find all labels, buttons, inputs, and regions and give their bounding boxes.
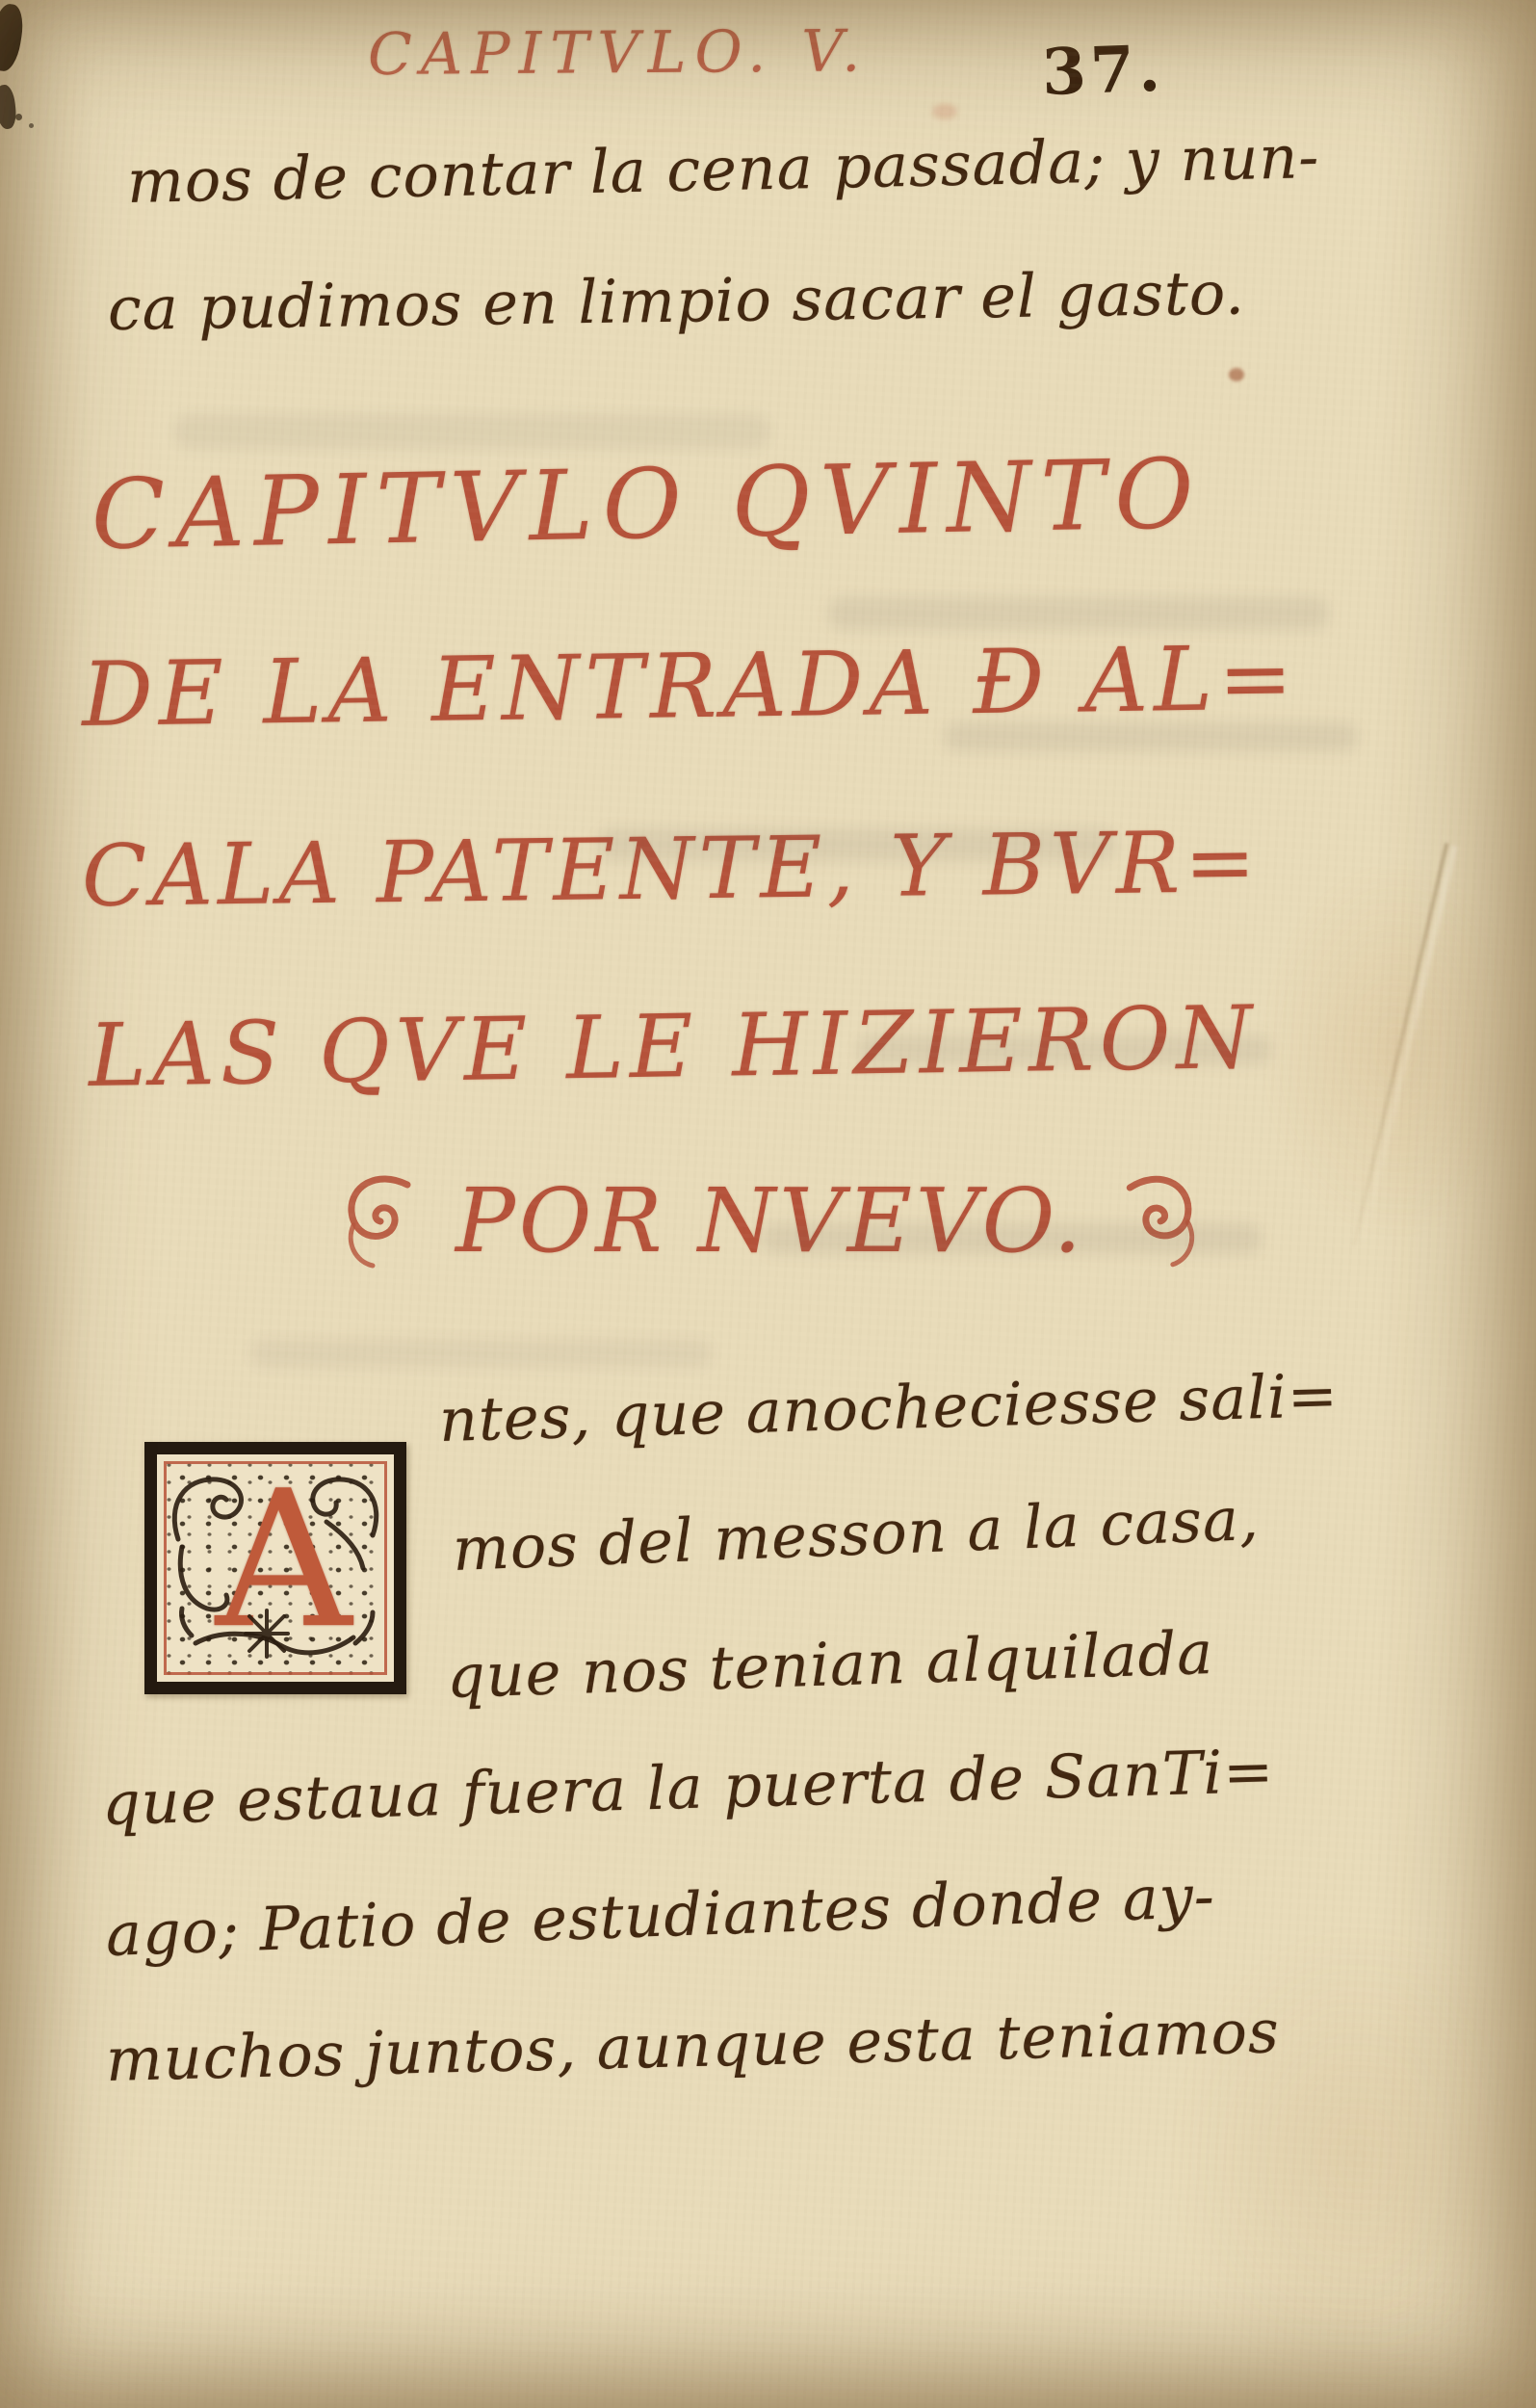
body-line: ago; Patio de estudiantes donde ay- bbox=[105, 1861, 1216, 1970]
body-line: ntes, que anocheciesse sali= bbox=[438, 1360, 1340, 1455]
intro-line: mos de contar la cena passada; y nun- bbox=[126, 121, 1320, 217]
chapter-title-line: CAPITVLO QVINTO bbox=[91, 437, 1205, 571]
chapter-title-text: POR NVEVO. bbox=[456, 1169, 1085, 1272]
chapter-title-line: CALA PATENTE, Y BVR= bbox=[81, 812, 1261, 926]
ink-showthrough bbox=[828, 597, 1329, 630]
illuminated-initial-block: A bbox=[144, 1442, 406, 1694]
body-line: muchos juntos, aunque esta teniamos bbox=[105, 1996, 1280, 2095]
body-line: mos del messon a la casa, bbox=[452, 1483, 1261, 1584]
fleuron-ornament-right-icon bbox=[1113, 1164, 1207, 1277]
paper-crease bbox=[1352, 843, 1449, 1247]
damp-stain bbox=[1156, 1907, 1536, 2408]
foxing-spot bbox=[932, 104, 957, 119]
binding-edge-speck bbox=[15, 114, 22, 120]
ink-showthrough bbox=[173, 414, 770, 449]
chapter-title-final-line: POR NVEVO. bbox=[221, 1167, 1319, 1273]
body-line: que estaua fuera la puerta de SanTi= bbox=[101, 1736, 1275, 1839]
binding-edge-mark bbox=[0, 84, 17, 130]
intro-line: ca pudimos en limpio sacar el gasto. bbox=[107, 258, 1245, 344]
chapter-title-line: DE LA ENTRADA Đ AL= bbox=[81, 626, 1299, 746]
paper-crease-highlight bbox=[1361, 846, 1457, 1242]
fleuron-ornament-left-icon bbox=[340, 1167, 423, 1273]
binding-edge-mark bbox=[0, 2, 26, 73]
page-number: 37. bbox=[1041, 31, 1165, 110]
body-line: que nos tenian alquilada bbox=[446, 1617, 1214, 1712]
vine-flourish-icon bbox=[157, 1454, 394, 1682]
manuscript-page: CAPITVLO. V. 37. mos de contar la cena p… bbox=[0, 0, 1536, 2408]
running-title: CAPITVLO. V. bbox=[368, 17, 870, 89]
chapter-title-line: LAS QVE LE HIZIERON bbox=[88, 987, 1259, 1107]
binding-edge-speck bbox=[29, 123, 34, 128]
ink-showthrough bbox=[250, 1339, 713, 1368]
foxing-spot bbox=[1229, 368, 1244, 381]
